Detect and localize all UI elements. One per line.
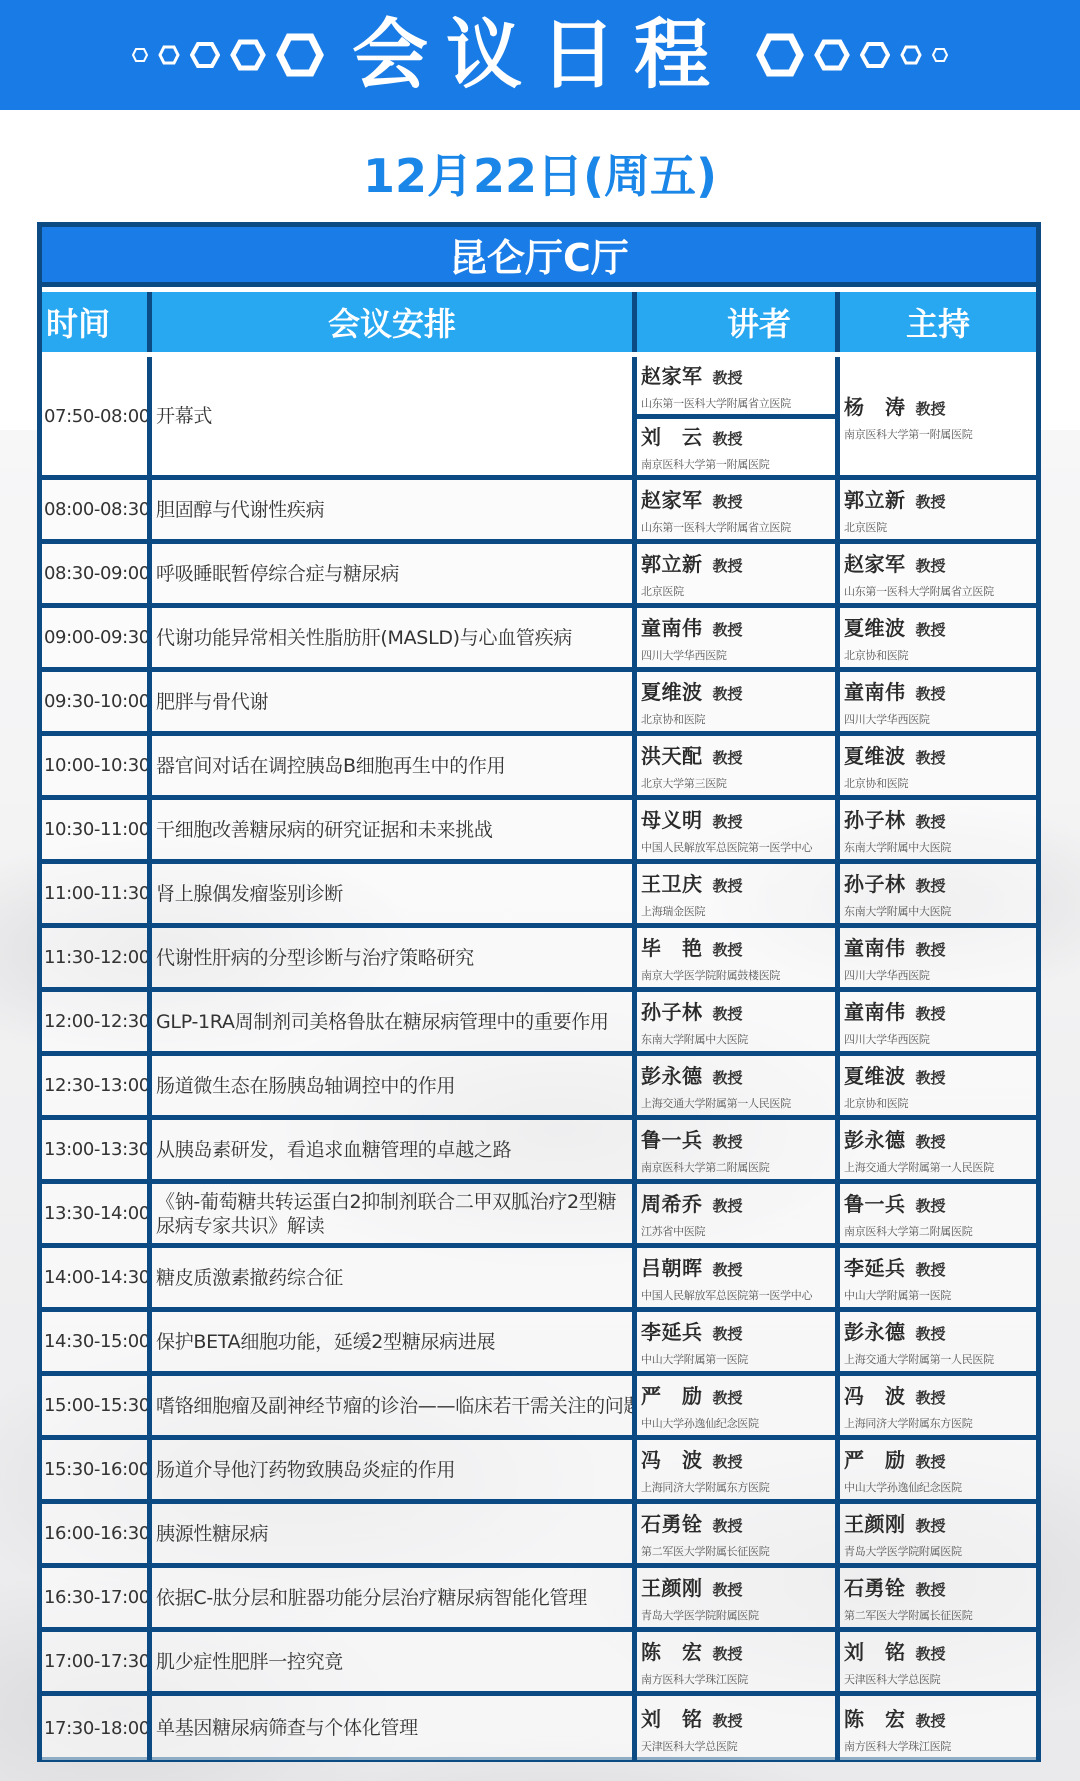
session-topic: 糖皮质激素撤药综合征 (147, 1248, 632, 1307)
speaker: 童南伟 教授 四川大学华西医院 (637, 612, 743, 663)
session-time: 08:30-09:00 (42, 544, 147, 603)
person-organization: 山东第一医科大学附属省立医院 (641, 395, 791, 411)
schedule-date: 12月22日(周五) (0, 140, 1080, 206)
column-header-topic: 会议安排 (147, 292, 632, 352)
host: 冯 波 教授 上海同济大学附属东方医院 (840, 1380, 972, 1431)
speaker-cell: 孙子林 教授 东南大学附属中大医院 (632, 992, 835, 1051)
speaker: 李延兵 教授 中山大学附属第一医院 (637, 1316, 748, 1367)
person-organization: 北京协和医院 (844, 775, 946, 791)
speaker: 毕 艳 教授 南京大学医学院附属鼓楼医院 (637, 932, 780, 983)
table-row: 14:00-14:30 糖皮质激素撤药综合征 吕朝晖 教授 中国人民解放军总医院… (42, 1248, 1036, 1312)
host: 杨 涛 教授 南京医科大学第一附属医院 (840, 391, 972, 442)
session-topic: 胰源性糖尿病 (147, 1504, 632, 1563)
hexagon-icon (132, 48, 148, 62)
hexagon-icon (900, 45, 922, 65)
host-cell: 夏维波 教授 北京协和医院 (835, 608, 1036, 667)
person-title: 教授 (916, 1643, 946, 1664)
table-row: 16:30-17:00 依据C-肽分层和脏器功能分层治疗糖尿病智能化管理 王颜刚… (42, 1568, 1036, 1632)
session-time: 16:30-17:00 (42, 1568, 147, 1627)
host-cell: 孙子林 教授 东南大学附属中大医院 (835, 800, 1036, 859)
host-cell: 彭永德 教授 上海交通大学附属第一人民医院 (835, 1120, 1036, 1179)
banner: 会议日程 (0, 0, 1080, 110)
host: 王颜刚 教授 青岛大学医学院附属医院 (840, 1508, 962, 1559)
person-title: 教授 (713, 1195, 743, 1216)
person-organization: 上海交通大学附属第一人民医院 (844, 1351, 994, 1367)
schedule-table: 昆仑厅C厅 时间 会议安排 讲者 主持 07:50-08:00 开幕式 赵家军 … (37, 222, 1041, 1762)
person-title: 教授 (713, 1710, 743, 1731)
person-organization: 东南大学附属中大医院 (844, 903, 951, 919)
speaker: 陈 宏 教授 南方医科大学珠江医院 (637, 1636, 748, 1687)
host: 鲁一兵 教授 南京医科大学第二附属医院 (840, 1188, 972, 1239)
person-organization: 东南大学附属中大医院 (641, 1031, 748, 1047)
session-time: 10:30-11:00 (42, 800, 147, 859)
person-title: 教授 (916, 491, 946, 512)
host-cell: 郭立新 教授 北京医院 (835, 480, 1036, 539)
speaker: 王卫庆 教授 上海瑞金医院 (637, 868, 743, 919)
table-row: 09:00-09:30 代谢功能异常相关性脂肪肝(MASLD)与心血管疾病 童南… (42, 608, 1036, 672)
person-name: 童南伟 (641, 612, 703, 641)
person-name: 彭永德 (844, 1316, 906, 1345)
host: 郭立新 教授 北京医院 (840, 484, 946, 535)
hexagon-icon (932, 48, 948, 62)
host-cell: 刘 铭 教授 天津医科大学总医院 (835, 1632, 1036, 1691)
person-name: 童南伟 (844, 932, 906, 961)
speaker: 赵家军 教授 山东第一医科大学附属省立医院 (637, 360, 791, 411)
speaker-cell: 刘 铭 教授 天津医科大学总医院 (632, 1696, 835, 1760)
session-time: 17:00-17:30 (42, 1632, 147, 1691)
speaker-cell: 冯 波 教授 上海同济大学附属东方医院 (632, 1440, 835, 1499)
table-header: 时间 会议安排 讲者 主持 (42, 292, 1036, 352)
session-time: 15:30-16:00 (42, 1440, 147, 1499)
person-organization: 第二军医大学附属长征医院 (844, 1607, 972, 1623)
person-title: 教授 (713, 1131, 743, 1152)
person-organization: 北京协和医院 (844, 647, 946, 663)
speaker-cell: 毕 艳 教授 南京大学医学院附属鼓楼医院 (632, 928, 835, 987)
session-topic: 代谢性肝病的分型诊断与治疗策略研究 (147, 928, 632, 987)
speaker-cell: 陈 宏 教授 南方医科大学珠江医院 (632, 1632, 835, 1691)
session-topic: 胆固醇与代谢性疾病 (147, 480, 632, 539)
person-title: 教授 (713, 1323, 743, 1344)
person-organization: 东南大学附属中大医院 (844, 839, 951, 855)
hexagon-icon (158, 45, 180, 65)
host-cell: 陈 宏 教授 南方医科大学珠江医院 (835, 1696, 1036, 1760)
person-title: 教授 (916, 555, 946, 576)
person-title: 教授 (916, 1515, 946, 1536)
session-time: 13:30-14:00 (42, 1184, 147, 1243)
person-title: 教授 (713, 1003, 743, 1024)
session-time: 16:00-16:30 (42, 1504, 147, 1563)
person-title: 教授 (916, 1067, 946, 1088)
page-title: 会议日程 (352, 17, 728, 93)
speaker-cell: 夏维波 教授 北京协和医院 (632, 672, 835, 731)
host: 童南伟 教授 四川大学华西医院 (840, 932, 946, 983)
person-organization: 江苏省中医院 (641, 1223, 743, 1239)
speaker-cell: 石勇铨 教授 第二军医大学附属长征医院 (632, 1504, 835, 1563)
table-row: 08:30-09:00 呼吸睡眠暂停综合症与糖尿病 郭立新 教授 北京医院 赵家… (42, 544, 1036, 608)
host-cell: 严 励 教授 中山大学孙逸仙纪念医院 (835, 1440, 1036, 1499)
host-cell: 杨 涛 教授 南京医科大学第一附属医院 (835, 357, 1036, 475)
hexagon-icon (190, 42, 220, 68)
speaker: 赵家军 教授 山东第一医科大学附属省立医院 (637, 484, 791, 535)
speaker: 冯 波 教授 上海同济大学附属东方医院 (637, 1444, 769, 1495)
host-cell: 童南伟 教授 四川大学华西医院 (835, 672, 1036, 731)
person-name: 母义明 (641, 804, 703, 833)
person-name: 陈 宏 (844, 1703, 906, 1732)
person-title: 教授 (916, 619, 946, 640)
column-header-host: 主持 (835, 292, 1036, 352)
hexagon-decoration-right (756, 33, 948, 77)
host: 孙子林 教授 东南大学附属中大医院 (840, 868, 951, 919)
speaker: 夏维波 教授 北京协和医院 (637, 676, 743, 727)
speaker-cell: 赵家军 教授 山东第一医科大学附属省立医院 刘 云 教授 南京医科大学第一附属医… (632, 357, 835, 475)
person-name: 彭永德 (641, 1060, 703, 1089)
person-organization: 四川大学华西医院 (844, 711, 946, 727)
session-time: 09:00-09:30 (42, 608, 147, 667)
table-row: 11:30-12:00 代谢性肝病的分型诊断与治疗策略研究 毕 艳 教授 南京大… (42, 928, 1036, 992)
person-organization: 南京医科大学第一附属医院 (844, 426, 972, 442)
person-organization: 天津医科大学总医院 (844, 1671, 946, 1687)
person-name: 童南伟 (844, 996, 906, 1025)
host-cell: 孙子林 教授 东南大学附属中大医院 (835, 864, 1036, 923)
table-row: 10:30-11:00 干细胞改善糖尿病的研究证据和未来挑战 母义明 教授 中国… (42, 800, 1036, 864)
session-time: 10:00-10:30 (42, 736, 147, 795)
table-row: 12:30-13:00 肠道微生态在肠胰岛轴调控中的作用 彭永德 教授 上海交通… (42, 1056, 1036, 1120)
person-organization: 南方医科大学珠江医院 (641, 1671, 748, 1687)
speaker-cell: 王卫庆 教授 上海瑞金医院 (632, 864, 835, 923)
speaker: 王颜刚 教授 青岛大学医学院附属医院 (637, 1572, 759, 1623)
person-organization: 北京协和医院 (641, 711, 743, 727)
speaker: 吕朝晖 教授 中国人民解放军总医院第一医学中心 (637, 1252, 812, 1303)
table-row: 16:00-16:30 胰源性糖尿病 石勇铨 教授 第二军医大学附属长征医院 王… (42, 1504, 1036, 1568)
session-time: 11:00-11:30 (42, 864, 147, 923)
table-row: 14:30-15:00 保护BETA细胞功能，延缓2型糖尿病进展 李延兵 教授 … (42, 1312, 1036, 1376)
person-title: 教授 (713, 367, 743, 388)
person-title: 教授 (916, 1003, 946, 1024)
person-name: 陈 宏 (641, 1636, 703, 1665)
person-organization: 上海交通大学附属第一人民医院 (844, 1159, 994, 1175)
person-name: 赵家军 (641, 484, 703, 513)
person-title: 教授 (713, 939, 743, 960)
person-organization: 北京医院 (844, 519, 946, 535)
table-row: 11:00-11:30 肾上腺偶发瘤鉴别诊断 王卫庆 教授 上海瑞金医院 孙子林… (42, 864, 1036, 928)
person-title: 教授 (916, 1451, 946, 1472)
host: 夏维波 教授 北京协和医院 (840, 740, 946, 791)
person-name: 冯 波 (641, 1444, 703, 1473)
person-organization: 四川大学华西医院 (844, 1031, 946, 1047)
person-name: 刘 铭 (844, 1636, 906, 1665)
hexagon-icon (860, 42, 890, 68)
session-topic: 保护BETA细胞功能，延缓2型糖尿病进展 (147, 1312, 632, 1371)
table-row: 13:30-14:00 《钠-葡萄糖共转运蛋白2抑制剂联合二甲双胍治疗2型糖尿病… (42, 1184, 1036, 1248)
session-topic: 单基因糖尿病筛查与个体化管理 (147, 1696, 632, 1760)
person-title: 教授 (713, 428, 743, 449)
host-cell: 冯 波 教授 上海同济大学附属东方医院 (835, 1376, 1036, 1435)
person-title: 教授 (713, 875, 743, 896)
speaker-cell: 洪天配 教授 北京大学第三医院 (632, 736, 835, 795)
speaker-cell: 郭立新 教授 北京医院 (632, 544, 835, 603)
person-organization: 第二军医大学附属长征医院 (641, 1543, 769, 1559)
table-row: 15:30-16:00 肠道介导他汀药物致胰岛炎症的作用 冯 波 教授 上海同济… (42, 1440, 1036, 1504)
session-time: 12:30-13:00 (42, 1056, 147, 1115)
host: 童南伟 教授 四川大学华西医院 (840, 996, 946, 1047)
host-cell: 彭永德 教授 上海交通大学附属第一人民医院 (835, 1312, 1036, 1371)
session-topic: 肌少症性肥胖一控究竟 (147, 1632, 632, 1691)
table-row: 07:50-08:00 开幕式 赵家军 教授 山东第一医科大学附属省立医院 刘 … (42, 357, 1036, 480)
speaker-cell: 彭永德 教授 上海交通大学附属第一人民医院 (632, 1056, 835, 1115)
session-topic: 肥胖与骨代谢 (147, 672, 632, 731)
host-cell: 王颜刚 教授 青岛大学医学院附属医院 (835, 1504, 1036, 1563)
person-name: 周希乔 (641, 1188, 703, 1217)
session-time: 15:00-15:30 (42, 1376, 147, 1435)
session-time: 11:30-12:00 (42, 928, 147, 987)
person-organization: 天津医科大学总医院 (641, 1738, 743, 1754)
person-name: 鲁一兵 (844, 1188, 906, 1217)
person-title: 教授 (713, 619, 743, 640)
person-organization: 北京协和医院 (844, 1095, 946, 1111)
table-row: 15:00-15:30 嗜铬细胞瘤及副神经节瘤的诊治——临床若干需关注的问题 严… (42, 1376, 1036, 1440)
person-name: 鲁一兵 (641, 1124, 703, 1153)
table-row: 17:30-18:00 单基因糖尿病筛查与个体化管理 刘 铭 教授 天津医科大学… (42, 1696, 1036, 1760)
person-title: 教授 (713, 1259, 743, 1280)
host: 孙子林 教授 东南大学附属中大医院 (840, 804, 951, 855)
person-title: 教授 (916, 683, 946, 704)
host: 赵家军 教授 山东第一医科大学附属省立医院 (840, 548, 994, 599)
person-title: 教授 (713, 555, 743, 576)
person-name: 严 励 (641, 1380, 703, 1409)
session-time: 13:00-13:30 (42, 1120, 147, 1179)
person-name: 毕 艳 (641, 932, 703, 961)
hexagon-icon (756, 33, 804, 77)
person-name: 刘 铭 (641, 1703, 703, 1732)
session-topic: 依据C-肽分层和脏器功能分层治疗糖尿病智能化管理 (147, 1568, 632, 1627)
host: 夏维波 教授 北京协和医院 (840, 612, 946, 663)
person-organization: 上海同济大学附属东方医院 (641, 1479, 769, 1495)
person-title: 教授 (713, 683, 743, 704)
host-cell: 赵家军 教授 山东第一医科大学附属省立医院 (835, 544, 1036, 603)
person-organization: 南方医科大学珠江医院 (844, 1738, 951, 1754)
person-title: 教授 (713, 1579, 743, 1600)
speaker: 洪天配 教授 北京大学第三医院 (637, 740, 743, 791)
person-name: 石勇铨 (844, 1572, 906, 1601)
host: 彭永德 教授 上海交通大学附属第一人民医院 (840, 1316, 994, 1367)
host-cell: 夏维波 教授 北京协和医院 (835, 736, 1036, 795)
person-name: 吕朝晖 (641, 1252, 703, 1281)
person-organization: 上海交通大学附属第一人民医院 (641, 1095, 791, 1111)
session-topic: 嗜铬细胞瘤及副神经节瘤的诊治——临床若干需关注的问题 (147, 1376, 632, 1435)
person-title: 教授 (713, 1451, 743, 1472)
hexagon-icon (230, 39, 266, 71)
person-name: 孙子林 (844, 868, 906, 897)
person-name: 夏维波 (844, 1060, 906, 1089)
host: 石勇铨 教授 第二军医大学附属长征医院 (840, 1572, 972, 1623)
person-organization: 南京医科大学第二附属医院 (844, 1223, 972, 1239)
person-title: 教授 (713, 811, 743, 832)
person-title: 教授 (916, 1710, 946, 1731)
session-topic: 干细胞改善糖尿病的研究证据和未来挑战 (147, 800, 632, 859)
person-name: 童南伟 (844, 676, 906, 705)
table-row: 13:00-13:30 从胰岛素研发，看追求血糖管理的卓越之路 鲁一兵 教授 南… (42, 1120, 1036, 1184)
person-title: 教授 (916, 875, 946, 896)
session-time: 09:30-10:00 (42, 672, 147, 731)
host-cell: 石勇铨 教授 第二军医大学附属长征医院 (835, 1568, 1036, 1627)
table-row: 12:00-12:30 GLP-1RA周制剂司美格鲁肽在糖尿病管理中的重要作用 … (42, 992, 1036, 1056)
person-title: 教授 (713, 1515, 743, 1536)
person-organization: 山东第一医科大学附属省立医院 (844, 583, 994, 599)
person-name: 王颜刚 (641, 1572, 703, 1601)
person-name: 夏维波 (844, 612, 906, 641)
speaker: 刘 云 教授 南京医科大学第一附属医院 (637, 421, 769, 472)
person-name: 石勇铨 (641, 1508, 703, 1537)
speaker-cell: 李延兵 教授 中山大学附属第一医院 (632, 1312, 835, 1371)
table-body: 07:50-08:00 开幕式 赵家军 教授 山东第一医科大学附属省立医院 刘 … (42, 357, 1036, 1760)
hexagon-icon (814, 39, 850, 71)
person-title: 教授 (713, 491, 743, 512)
person-title: 教授 (916, 398, 946, 419)
speaker: 石勇铨 教授 第二军医大学附属长征医院 (637, 1508, 769, 1559)
person-title: 教授 (916, 1323, 946, 1344)
person-name: 洪天配 (641, 740, 703, 769)
person-title: 教授 (916, 1195, 946, 1216)
speaker: 刘 铭 教授 天津医科大学总医院 (637, 1703, 743, 1754)
person-name: 孙子林 (641, 996, 703, 1025)
host-cell: 李延兵 教授 中山大学附属第一医院 (835, 1248, 1036, 1307)
speaker: 周希乔 教授 江苏省中医院 (637, 1188, 743, 1239)
person-name: 孙子林 (844, 804, 906, 833)
person-organization: 四川大学华西医院 (844, 967, 946, 983)
person-organization: 中国人民解放军总医院第一医学中心 (641, 839, 812, 855)
session-topic: 代谢功能异常相关性脂肪肝(MASLD)与心血管疾病 (147, 608, 632, 667)
host: 李延兵 教授 中山大学附属第一医院 (840, 1252, 951, 1303)
person-name: 赵家军 (641, 360, 703, 389)
person-organization: 四川大学华西医院 (641, 647, 743, 663)
session-topic: 《钠-葡萄糖共转运蛋白2抑制剂联合二甲双胍治疗2型糖尿病专家共识》解读 (147, 1184, 632, 1243)
speaker-group: 赵家军 教授 山东第一医科大学附属省立医院 刘 云 教授 南京医科大学第一附属医… (637, 357, 835, 475)
hexagon-icon (276, 33, 324, 77)
person-name: 夏维波 (844, 740, 906, 769)
host-cell: 夏维波 教授 北京协和医院 (835, 1056, 1036, 1115)
host: 彭永德 教授 上海交通大学附属第一人民医院 (840, 1124, 994, 1175)
host: 童南伟 教授 四川大学华西医院 (840, 676, 946, 727)
session-time: 17:30-18:00 (42, 1696, 147, 1760)
person-organization: 上海瑞金医院 (641, 903, 743, 919)
person-title: 教授 (916, 1131, 946, 1152)
speaker: 鲁一兵 教授 南京医科大学第二附属医院 (637, 1124, 769, 1175)
session-topic: 肾上腺偶发瘤鉴别诊断 (147, 864, 632, 923)
person-name: 夏维波 (641, 676, 703, 705)
person-title: 教授 (713, 1387, 743, 1408)
column-header-speaker: 讲者 (632, 292, 835, 352)
person-organization: 青岛大学医学院附属医院 (641, 1607, 759, 1623)
host-cell: 鲁一兵 教授 南京医科大学第二附属医院 (835, 1184, 1036, 1243)
speaker-cell: 吕朝晖 教授 中国人民解放军总医院第一医学中心 (632, 1248, 835, 1307)
hall-name: 昆仑厅C厅 (42, 227, 1036, 287)
speaker: 孙子林 教授 东南大学附属中大医院 (637, 996, 748, 1047)
speaker-cell: 母义明 教授 中国人民解放军总医院第一医学中心 (632, 800, 835, 859)
host-cell: 童南伟 教授 四川大学华西医院 (835, 992, 1036, 1051)
host: 刘 铭 教授 天津医科大学总医院 (840, 1636, 946, 1687)
speaker-cell: 赵家军 教授 山东第一医科大学附属省立医院 (632, 480, 835, 539)
speaker-cell: 周希乔 教授 江苏省中医院 (632, 1184, 835, 1243)
session-topic: 从胰岛素研发，看追求血糖管理的卓越之路 (147, 1120, 632, 1179)
speaker: 郭立新 教授 北京医院 (637, 548, 743, 599)
session-topic: 肠道介导他汀药物致胰岛炎症的作用 (147, 1440, 632, 1499)
table-row: 09:30-10:00 肥胖与骨代谢 夏维波 教授 北京协和医院 童南伟 教授 … (42, 672, 1036, 736)
session-time: 12:00-12:30 (42, 992, 147, 1051)
host: 陈 宏 教授 南方医科大学珠江医院 (840, 1703, 951, 1754)
person-name: 王颜刚 (844, 1508, 906, 1537)
person-name: 冯 波 (844, 1380, 906, 1409)
person-title: 教授 (916, 1579, 946, 1600)
person-title: 教授 (713, 1643, 743, 1664)
person-organization: 南京医科大学第一附属医院 (641, 456, 769, 472)
person-name: 王卫庆 (641, 868, 703, 897)
person-title: 教授 (713, 1067, 743, 1088)
session-time: 14:30-15:00 (42, 1312, 147, 1371)
person-organization: 中山大学孙逸仙纪念医院 (641, 1415, 759, 1431)
person-organization: 北京大学第三医院 (641, 775, 743, 791)
speaker-cell: 鲁一兵 教授 南京医科大学第二附属医院 (632, 1120, 835, 1179)
host: 严 励 教授 中山大学孙逸仙纪念医院 (840, 1444, 962, 1495)
session-topic: 肠道微生态在肠胰岛轴调控中的作用 (147, 1056, 632, 1115)
hexagon-decoration-left (132, 33, 324, 77)
person-name: 严 励 (844, 1444, 906, 1473)
person-name: 彭永德 (844, 1124, 906, 1153)
session-topic: GLP-1RA周制剂司美格鲁肽在糖尿病管理中的重要作用 (147, 992, 632, 1051)
person-title: 教授 (916, 747, 946, 768)
column-header-time: 时间 (42, 292, 147, 352)
person-name: 赵家军 (844, 548, 906, 577)
table-row: 17:00-17:30 肌少症性肥胖一控究竟 陈 宏 教授 南方医科大学珠江医院… (42, 1632, 1036, 1696)
speaker-cell: 严 励 教授 中山大学孙逸仙纪念医院 (632, 1376, 835, 1435)
host-cell: 童南伟 教授 四川大学华西医院 (835, 928, 1036, 987)
person-organization: 北京医院 (641, 583, 743, 599)
person-organization: 中山大学附属第一医院 (844, 1287, 951, 1303)
person-name: 杨 涛 (844, 391, 906, 420)
speaker: 母义明 教授 中国人民解放军总医院第一医学中心 (637, 804, 812, 855)
person-title: 教授 (916, 939, 946, 960)
person-organization: 中山大学附属第一医院 (641, 1351, 748, 1367)
person-organization: 南京医科大学第二附属医院 (641, 1159, 769, 1175)
person-organization: 中国人民解放军总医院第一医学中心 (641, 1287, 812, 1303)
person-organization: 青岛大学医学院附属医院 (844, 1543, 962, 1559)
host: 夏维波 教授 北京协和医院 (840, 1060, 946, 1111)
person-organization: 山东第一医科大学附属省立医院 (641, 519, 791, 535)
session-time: 08:00-08:30 (42, 480, 147, 539)
session-topic: 呼吸睡眠暂停综合症与糖尿病 (147, 544, 632, 603)
person-organization: 中山大学孙逸仙纪念医院 (844, 1479, 962, 1495)
person-name: 李延兵 (844, 1252, 906, 1281)
speaker: 严 励 教授 中山大学孙逸仙纪念医院 (637, 1380, 759, 1431)
person-name: 郭立新 (844, 484, 906, 513)
person-name: 郭立新 (641, 548, 703, 577)
session-time: 07:50-08:00 (42, 357, 147, 475)
person-title: 教授 (713, 747, 743, 768)
person-name: 刘 云 (641, 421, 703, 450)
session-topic: 器官间对话在调控胰岛B细胞再生中的作用 (147, 736, 632, 795)
person-name: 李延兵 (641, 1316, 703, 1345)
speaker: 彭永德 教授 上海交通大学附属第一人民医院 (637, 1060, 791, 1111)
table-row: 10:00-10:30 器官间对话在调控胰岛B细胞再生中的作用 洪天配 教授 北… (42, 736, 1036, 800)
table-row: 08:00-08:30 胆固醇与代谢性疾病 赵家军 教授 山东第一医科大学附属省… (42, 480, 1036, 544)
person-organization: 南京大学医学院附属鼓楼医院 (641, 967, 780, 983)
person-title: 教授 (916, 811, 946, 832)
person-organization: 上海同济大学附属东方医院 (844, 1415, 972, 1431)
session-topic: 开幕式 (147, 357, 632, 475)
speaker-cell: 王颜刚 教授 青岛大学医学院附属医院 (632, 1568, 835, 1627)
person-title: 教授 (916, 1387, 946, 1408)
person-title: 教授 (916, 1259, 946, 1280)
session-time: 14:00-14:30 (42, 1248, 147, 1307)
